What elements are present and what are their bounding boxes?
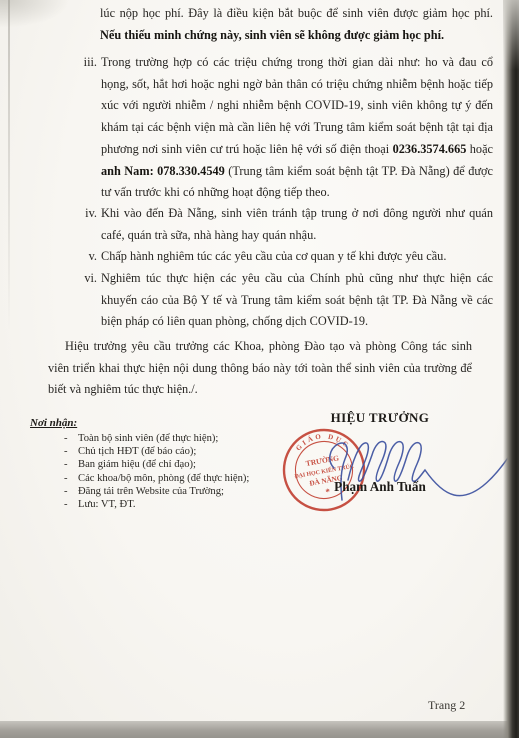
page-number: Trang 2: [428, 698, 465, 713]
list-item-v: v.Chấp hành nghiêm túc các yêu cầu của c…: [101, 246, 493, 268]
signer-title: HIỆU TRƯỞNG: [300, 410, 460, 426]
item-iii-phone-1: 0236.3574.665: [393, 142, 467, 156]
item-iii-connector: hoặc: [466, 142, 493, 156]
recipient-item: - Ban giám hiệu (để chỉ đạo);: [30, 458, 280, 471]
continuation-line: lúc nộp học phí. Đây là điều kiện bắt bu…: [100, 3, 493, 25]
scan-edge-right-top: [503, 0, 519, 70]
dash-bullet: -: [64, 472, 68, 485]
list-marker-iv: iv.: [59, 203, 97, 225]
signer-name: Phạm Anh Tuấn: [300, 479, 460, 495]
recipient-text: Lưu: VT, ĐT.: [78, 499, 136, 510]
dash-bullet: -: [64, 485, 68, 498]
recipient-text: Đăng tải trên Website của Trường;: [78, 486, 224, 497]
continuation-line-bold: Nếu thiếu minh chứng này, sinh viên sẽ k…: [100, 25, 493, 47]
scan-edge-right: [503, 0, 519, 738]
dash-bullet: -: [64, 432, 68, 445]
recipient-item: - Các khoa/bộ môn, phòng (để thực hiện);: [30, 472, 280, 485]
closing-paragraph: Hiệu trưởng yêu cầu trưởng các Khoa, phò…: [48, 336, 472, 401]
recipient-text: Chủ tịch HĐT (để báo cáo);: [78, 446, 196, 457]
recipients-heading: Nơi nhận:: [30, 417, 77, 429]
list-item-iii: iii.Trong trường hợp có các triệu chứng …: [101, 52, 493, 204]
item-v-text: Chấp hành nghiêm túc các yêu cầu của cơ …: [101, 249, 446, 263]
recipient-item: - Chủ tịch HĐT (để báo cáo);: [30, 445, 280, 458]
item-vi-text: Nghiêm túc thực hiện các yêu cầu của Chí…: [101, 271, 493, 328]
scan-crease-left: [8, 0, 10, 330]
dash-bullet: -: [64, 498, 68, 511]
scan-smudge-top-left: [0, 0, 70, 28]
continuation-paragraph: lúc nộp học phí. Đây là điều kiện bắt bu…: [100, 3, 493, 47]
item-iv-text: Khi vào đến Đà Nẵng, sinh viên tránh tập…: [101, 206, 493, 242]
scanned-document-page: lúc nộp học phí. Đây là điều kiện bắt bu…: [0, 0, 519, 738]
recipient-item: - Toàn bộ sinh viên (để thực hiện);: [30, 432, 280, 445]
list-marker-v: v.: [59, 246, 97, 268]
dash-bullet: -: [64, 445, 68, 458]
dash-bullet: -: [64, 458, 68, 471]
recipients-list: - Toàn bộ sinh viên (để thực hiện); - Ch…: [30, 432, 280, 511]
list-item-iv: iv.Khi vào đến Đà Nẵng, sinh viên tránh …: [101, 203, 493, 246]
list-marker-vi: vi.: [59, 268, 97, 290]
item-iii-text: Trong trường hợp có các triệu chứng tron…: [101, 55, 493, 156]
recipient-text: Toàn bộ sinh viên (để thực hiện);: [78, 433, 218, 444]
recipient-item: - Đăng tải trên Website của Trường;: [30, 485, 280, 498]
recipient-text: Ban giám hiệu (để chỉ đạo);: [78, 459, 196, 470]
recipient-item: - Lưu: VT, ĐT.: [30, 498, 280, 511]
recipient-text: Các khoa/bộ môn, phòng (để thực hiện);: [78, 473, 249, 484]
list-item-vi: vi.Nghiêm túc thực hiện các yêu cầu của …: [101, 268, 493, 333]
item-iii-phone-2: anh Nam: 078.330.4549: [101, 164, 225, 178]
scan-edge-bottom: [0, 721, 519, 738]
list-marker-iii: iii.: [59, 52, 97, 74]
